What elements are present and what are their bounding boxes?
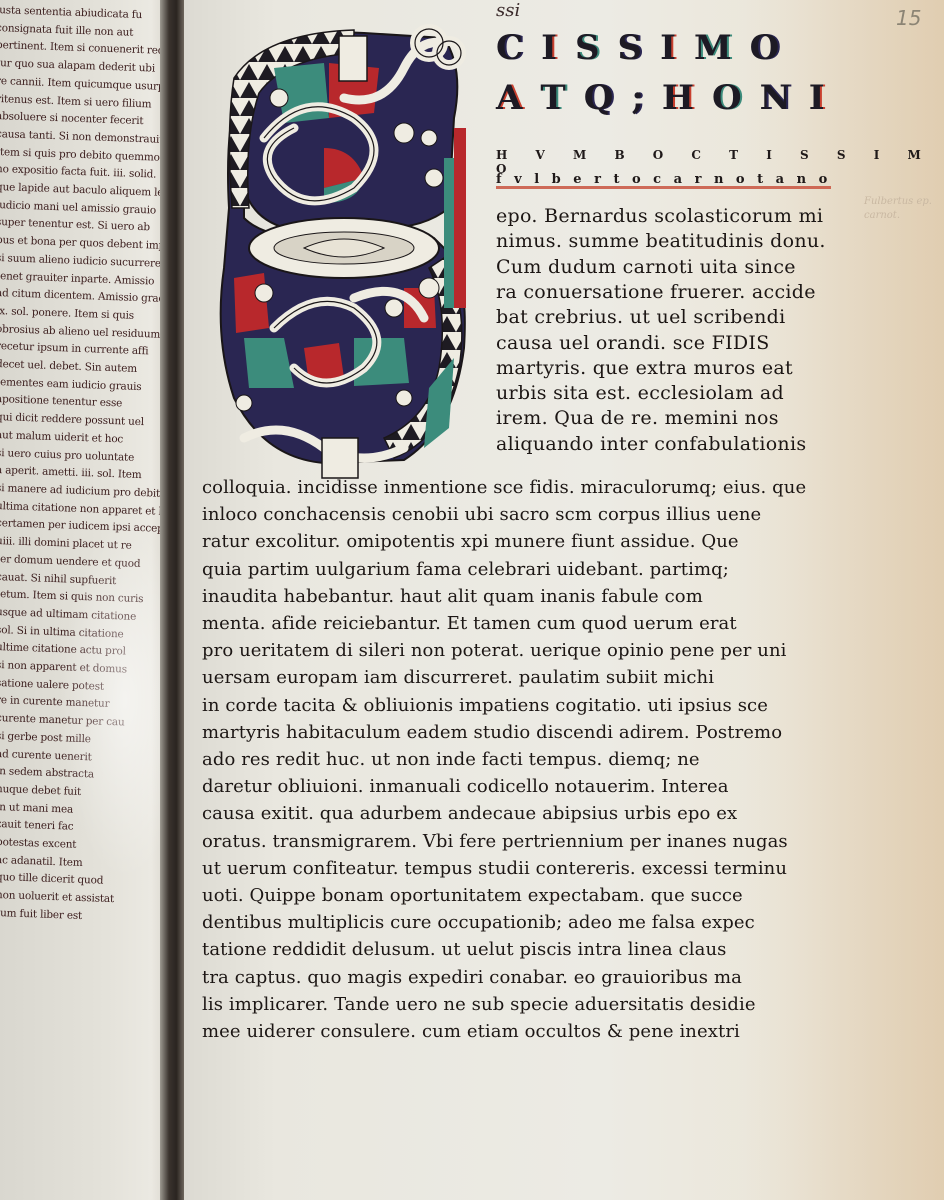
rubric-underline [496, 186, 831, 189]
display-capital: A [496, 78, 540, 118]
manuscript-text-line: dentibus multiplicis cure occupationib; … [202, 912, 755, 933]
manuscript-text-line: Cum dudum carnoti uita since [496, 256, 796, 278]
manuscript-text-line: epo. Bernardus scolasticorum mi [496, 205, 823, 227]
display-capital: N [760, 78, 809, 118]
display-capital: S [618, 28, 661, 68]
manuscript-text-line: aliquando inter confabulationis [496, 433, 806, 455]
manuscript-text-line: menta. afide reiciebantur. Et tamen cum … [202, 613, 737, 634]
display-capital: I [541, 28, 575, 68]
rubric-mark: ssi [496, 0, 520, 21]
manuscript-text-line: tra captus. quo magis expediri conabar. … [202, 967, 742, 988]
display-capital: Q; [584, 78, 662, 118]
manuscript-text-line: in corde tacita & obliuionis impatiens c… [202, 695, 768, 716]
display-heading-line-2: ATQ;HONI [496, 78, 843, 118]
display-capital: H [662, 78, 712, 118]
display-capital: O [750, 28, 798, 68]
manuscript-text-line: bat crebrius. ut uel scribendi [496, 306, 785, 328]
display-capital: I [660, 28, 694, 68]
display-capital: O [712, 78, 760, 118]
manuscript-text-line: inaudita habebantur. haut alit quam inan… [202, 586, 703, 607]
display-capital: M [694, 28, 750, 68]
manuscript-text-line: causa exitit. qua adurbem andecaue abips… [202, 803, 737, 824]
display-capital: C [496, 28, 541, 68]
manuscript-text-line: urbis sita est. ecclesiolam ad [496, 382, 784, 404]
manuscript-text-line: colloquia. incidisse inmentione sce fidi… [202, 477, 806, 498]
manuscript-text-line: quia partim uulgarium fama celebrari uid… [202, 559, 729, 580]
margin-annotation: Fulbertus ep. carnot. [864, 195, 934, 223]
manuscript-text-line: ado res redit huc. ut non inde facti tem… [202, 749, 700, 770]
manuscript-text-line: mee uiderer consulere. cum etiam occulto… [202, 1021, 740, 1042]
manuscript-text-line: martyris habitaculum eadem studio discen… [202, 722, 782, 743]
manuscript-text-line: inloco conchacensis cenobii ubi sacro sc… [202, 504, 761, 525]
manuscript-text-line: causa uel orandi. sce FIDIS [496, 332, 770, 354]
manuscript-text-line: lis implicarer. Tande uero ne sub specie… [202, 994, 756, 1015]
manuscript-text-line: nimus. summe beatitudinis donu. [496, 230, 826, 252]
manuscript-text-line: ra conuersatione fruerer. accide [496, 281, 816, 303]
display-capital: I [809, 78, 843, 118]
manuscript-page: 15 Fulbertus ep. carnot. [184, 0, 944, 1200]
display-heading-line-1: CISSIMO [496, 28, 797, 68]
manuscript-text-line: uoti. Quippe bonam oportunitatem expecta… [202, 885, 743, 906]
manuscript-text-line: daretur obliuioni. inmanuali codicello n… [202, 776, 729, 797]
manuscript-text-line: martyris. que extra muros eat [496, 357, 793, 379]
manuscript-text-line: tatione reddidit delusum. ut uelut pisci… [202, 939, 726, 960]
manuscript-text-line: ratur excolitur. omipotentis xpi munere … [202, 531, 739, 552]
manuscript-text-line: pro ueritatem di sileri non poterat. uer… [202, 640, 787, 661]
manuscript-text-line: uersam europam iam discurreret. paulatim… [202, 667, 714, 688]
display-capital: T [540, 78, 583, 118]
illuminated-initial-s-icon [204, 8, 474, 488]
left-page-fragment: iusta sententia abiudicata fuconsignata … [0, 0, 178, 1200]
manuscript-text-line: irem. Qua de re. memini nos [496, 407, 779, 429]
display-capital: S [575, 28, 618, 68]
manuscript-text-line: oratus. transmigrarem. Vbi fere pertrien… [202, 831, 788, 852]
manuscript-text-line: ut uerum confiteatur. tempus studii cont… [202, 858, 787, 879]
sub-heading-line-2: f v l b e r t o c a r n o t a n o [496, 172, 831, 187]
folio-number: 15 [896, 6, 921, 30]
